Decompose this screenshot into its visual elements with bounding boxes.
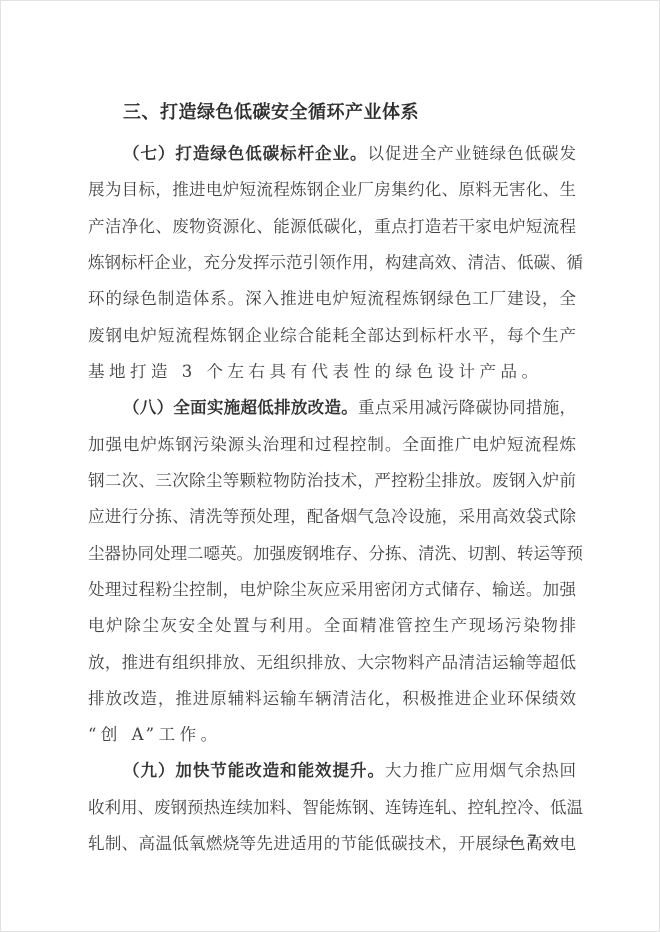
paragraph-9-title: （九）加快节能改造和能效提升。	[123, 761, 385, 780]
paragraph-8-line-2: 加强电炉炼钢污染源头治理和过程控制。全面推广电炉短流程炼	[88, 427, 576, 463]
paragraph-7-line-6: 废钢电炉短流程炼钢企业综合能耗全部达到标杆水平，每个生产	[88, 318, 576, 354]
paragraph-7-line-5: 环的绿色制造体系。深入推进电炉短流程炼钢绿色工厂建设，全	[88, 281, 576, 317]
paragraph-7-line-4: 炼钢标杆企业，充分发挥示范引领作用，构建高效、清洁、低碳、循	[88, 245, 576, 281]
paragraph-8-line-10: “创 A”工作。	[88, 717, 576, 753]
paragraph-7-line-3: 产洁净化、废物资源化、能源低碳化，重点打造若干家电炉短流程	[88, 209, 576, 245]
paragraph-8-line-6: 处理过程粉尘控制，电炉除尘灰应采用密闭方式储存、输送。加强	[88, 572, 576, 608]
section-heading: 三、打造绿色低碳安全循环产业体系	[123, 97, 419, 129]
paragraph-8-line-9: 排放改造，推进原辅料运输车辆清洁化，积极推进企业环保绩效	[88, 681, 576, 717]
paragraph-9-line-2: 收利用、废钢预热连续加料、智能炼钢、连铸连轧、控轧控冷、低温	[88, 790, 576, 826]
paragraph-8-line-4: 应进行分拣、清洗等预处理，配备烟气急冷设施，采用高效袋式除	[88, 499, 576, 535]
paragraph-9-line-1: （九）加快节能改造和能效提升。大力推广应用烟气余热回	[123, 753, 576, 789]
paragraph-8-line-5: 尘器协同处理二噁英。加强废钢堆存、分拣、清洗、切割、转运等预	[88, 536, 576, 572]
paragraph-8-title: （八）全面实施超低排放改造。	[123, 398, 358, 417]
document-page: 三、打造绿色低碳安全循环产业体系 （七）打造绿色低碳标杆企业。以促进全产业链绿色…	[0, 0, 660, 932]
paragraph-7-title: （七）打造绿色低碳标杆企业。	[123, 144, 367, 163]
paragraph-8-line-8: 放，推进有组织排放、无组织排放、大宗物料产品清洁运输等超低	[88, 645, 576, 681]
paragraph-7-line-7: 基地打造 3 个左右具有代表性的绿色设计产品。	[88, 354, 576, 390]
paragraph-8-line-1: （八）全面实施超低排放改造。重点采用减污降碳协同措施，	[123, 390, 576, 426]
paragraph-7-line-1: （七）打造绿色低碳标杆企业。以促进全产业链绿色低碳发	[123, 136, 576, 172]
paragraph-8-line-7: 电炉除尘灰安全处置与利用。全面精准管控生产现场污染物排	[88, 608, 576, 644]
paragraph-7-line-2: 展为目标，推进电炉短流程炼钢企业厂房集约化、原料无害化、生	[88, 172, 576, 208]
page-number: — 7 —	[506, 831, 558, 850]
paragraph-9-line-3: 轧制、高温低氧燃烧等先进适用的节能低碳技术，开展绿色高效电	[88, 826, 576, 862]
paragraph-8-line-3: 钢二次、三次除尘等颗粒物防治技术，严控粉尘排放。废钢入炉前	[88, 463, 576, 499]
